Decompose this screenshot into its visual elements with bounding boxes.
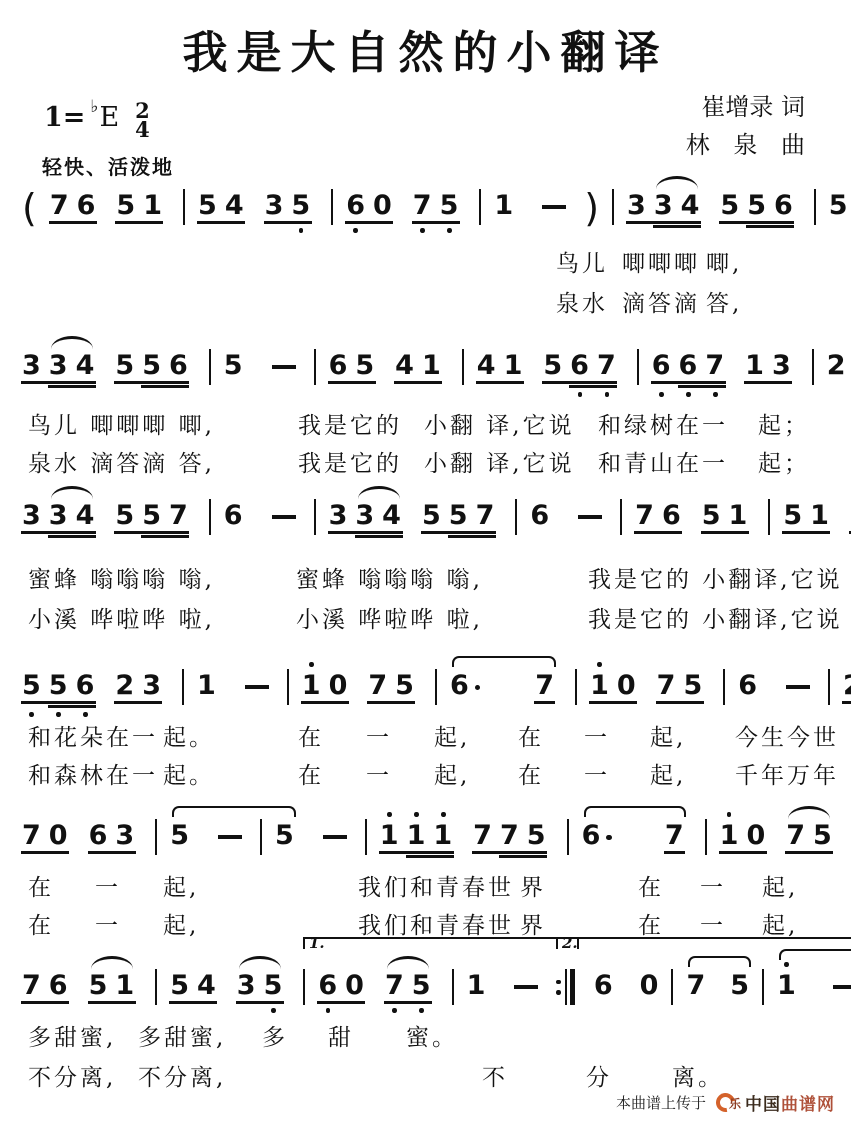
barline — [479, 189, 481, 225]
note-group: 557 — [422, 499, 502, 533]
lyric-segment: 起, — [434, 757, 470, 790]
beam — [384, 1001, 432, 1004]
barline — [575, 669, 577, 705]
flat-symbol: ♭ — [90, 99, 98, 116]
lyric-segment: 和森林在一 — [28, 757, 158, 790]
note-digit: 7 — [657, 669, 676, 703]
key-letter: E — [99, 100, 119, 136]
note-digit: 5 — [142, 349, 161, 383]
low-octave-dot — [605, 392, 610, 397]
notation-row: 76515435607516075111.2. — [22, 933, 836, 1005]
note-group: 51 — [89, 969, 143, 1003]
note-digit: 7 — [50, 189, 69, 223]
note-group: 65 — [329, 349, 383, 383]
beam — [394, 381, 442, 384]
music-line-3: 33455763345576765151356蜜蜂 嗡嗡嗡 嗡,蜜蜂 嗡嗡嗡 嗡… — [22, 483, 836, 535]
beam — [569, 385, 617, 388]
note-digit: 1 — [380, 819, 399, 853]
lyric-segment: 在 — [518, 757, 544, 790]
lyric-row: 和花朵在一起。在一起,在一起,今生今世 — [22, 719, 836, 751]
note-digit: 3 — [627, 189, 646, 223]
lyric-row: 蜜蜂 嗡嗡嗡 嗡,蜜蜂 嗡嗡嗡 嗡,我是它的 小翻译,它说 — [22, 561, 836, 593]
beam — [48, 705, 96, 708]
dash-note — [514, 985, 538, 989]
low-octave-dot — [56, 712, 61, 717]
beam — [21, 1001, 69, 1004]
lyric-row: 鸟儿唧唧唧唧, — [22, 245, 836, 277]
lyric-row: 不分离,不分离,不分离。 — [22, 1059, 836, 1091]
note-group: 13 — [745, 349, 799, 383]
beam — [301, 701, 349, 704]
note-group: 1 — [494, 189, 513, 223]
barline — [637, 349, 639, 385]
low-octave-dot — [420, 228, 425, 233]
notation-row: 3345565654141567667132 — [22, 333, 836, 385]
dash-note — [578, 515, 602, 519]
lyric-segment: 起。 — [163, 757, 215, 790]
volta-bracket: 2. — [556, 937, 851, 949]
note-digit: 1 — [590, 669, 609, 703]
note-digit: 1 — [729, 499, 748, 533]
barline — [515, 499, 517, 535]
note-digit: 4 — [76, 349, 95, 383]
note-digit: 7 — [476, 499, 495, 533]
site-logo-icon: 乐 — [716, 1092, 741, 1113]
note-digit: 5 — [813, 819, 832, 853]
barline — [671, 969, 673, 1005]
notation-row: 7063551117756710756 — [22, 803, 836, 855]
note-digit: 6 — [346, 189, 365, 223]
note-digit: 3 — [142, 669, 161, 703]
lyric-segment: 小溪 哗啦哗 啦, — [28, 601, 215, 634]
low-octave-dot — [29, 712, 34, 717]
note-group: 5 — [275, 819, 294, 853]
note-digit: 5 — [783, 499, 802, 533]
note-digit: 1 — [467, 969, 486, 1003]
note-digit: 7 — [705, 349, 724, 383]
note-group: 557 — [115, 499, 195, 533]
note-digit: 6 — [224, 499, 243, 533]
note-digit: 5 — [198, 189, 217, 223]
note-digit: 1 — [197, 669, 216, 703]
barline — [303, 969, 305, 1005]
high-octave-dot — [309, 662, 314, 667]
lyric-segment: 鸟儿 唧唧唧 唧, — [28, 407, 215, 440]
note-digit: 5 — [543, 349, 562, 383]
high-octave-dot — [784, 962, 789, 967]
note-digit: 0 — [345, 969, 364, 1003]
beam — [355, 535, 403, 538]
note-digit: 6 — [89, 819, 108, 853]
beam — [169, 1001, 217, 1004]
tie-bracket — [688, 956, 751, 967]
note-digit: 6 — [49, 969, 68, 1003]
high-octave-dot — [597, 662, 602, 667]
slur-arc — [788, 806, 830, 819]
barline — [365, 819, 367, 855]
tempo-marking: 轻快、活泼地 — [42, 151, 174, 180]
note-group: 556 — [22, 669, 102, 703]
note-digit: 5 — [22, 669, 41, 703]
note-group: 10 — [590, 669, 644, 703]
note-group: 60 — [346, 189, 400, 223]
barline — [762, 969, 764, 1005]
low-octave-dot — [713, 392, 718, 397]
parenthesis: ) — [584, 189, 599, 227]
beam — [589, 701, 637, 704]
note-digit: 3 — [22, 499, 41, 533]
beam — [746, 225, 794, 228]
key-signature: 1= ♭ E 2 4 — [44, 100, 150, 139]
note-group: 6 — [224, 499, 243, 533]
note-group: 5 — [170, 819, 189, 853]
high-octave-dot — [727, 812, 732, 817]
lyric-segment: 在 — [298, 719, 324, 752]
note-digit: 3 — [265, 189, 284, 223]
note-digit: 7 — [169, 499, 188, 533]
barline — [612, 189, 614, 225]
note-digit: 6 — [738, 669, 757, 703]
lyric-segment: 离。 — [672, 1059, 724, 1092]
lyric-segment: 蜜蜂 嗡嗡嗡 嗡, — [28, 561, 215, 594]
note-digit: 6 — [318, 969, 337, 1003]
beam — [21, 701, 96, 704]
lyric-segment: 起, — [650, 719, 686, 752]
note-group: 0 — [640, 969, 659, 1003]
low-octave-dot — [447, 228, 452, 233]
augmentation-dot — [606, 835, 612, 841]
parenthesis: ( — [22, 189, 37, 227]
note-digit: 3 — [329, 499, 348, 533]
note-group: 5 — [829, 189, 848, 223]
note-digit: 5 — [449, 499, 468, 533]
note-group: 51 — [116, 189, 170, 223]
note-group: 1 — [197, 669, 216, 703]
site-name-secondary: 曲谱网 — [781, 1090, 835, 1115]
note-group: 35 — [265, 189, 319, 223]
barline — [182, 669, 184, 705]
note-digit: 2 — [843, 669, 851, 703]
dash-note — [833, 985, 851, 989]
tie-bracket — [452, 656, 556, 667]
note-group: 10 — [302, 669, 356, 703]
note-digit: 5 — [115, 499, 134, 533]
beam — [634, 531, 682, 534]
beam — [48, 535, 96, 538]
note-digit: 7 — [686, 969, 705, 1003]
beam — [785, 851, 833, 854]
lyric-row: 鸟儿 唧唧唧 唧,我是它的小翻 译,它说和绿树在一起； — [22, 407, 836, 439]
slur-arc — [51, 336, 93, 349]
slur-arc — [91, 956, 133, 969]
note-digit: 0 — [49, 819, 68, 853]
beam — [345, 221, 393, 224]
note-digit: 1 — [143, 189, 162, 223]
dash-note — [542, 205, 566, 209]
note-digit: 5 — [412, 969, 431, 1003]
key-prefix: 1= — [44, 100, 85, 136]
note-digit: 7 — [22, 969, 41, 1003]
beam — [782, 531, 830, 534]
note-digit: 7 — [413, 189, 432, 223]
note-group: 35 — [237, 969, 291, 1003]
note-group: 5 — [224, 349, 243, 383]
note-digit: 1 — [115, 969, 134, 1003]
low-octave-dot — [326, 1008, 331, 1013]
lyric-segment: 多甜蜜, — [28, 1019, 116, 1052]
low-octave-dot — [83, 712, 88, 717]
note-digit: 0 — [373, 189, 392, 223]
note-group: 22 — [843, 669, 851, 703]
dash-note — [272, 365, 296, 369]
note-digit: 7 — [635, 499, 654, 533]
barline — [620, 499, 622, 535]
note-digit: 7 — [665, 819, 684, 853]
beam — [115, 221, 163, 224]
dash-note — [272, 515, 296, 519]
note-digit: 0 — [329, 669, 348, 703]
tie-bracket — [779, 949, 851, 960]
lyric-segment: 起, — [650, 757, 686, 790]
composer-credit: 林 泉 曲 — [686, 126, 805, 164]
note-group: 51 — [783, 499, 837, 533]
note-group: 76 — [635, 499, 689, 533]
lyric-segment: 小翻 译,它说 — [424, 407, 575, 440]
barline — [155, 819, 157, 855]
note-group: 667 — [652, 349, 732, 383]
note-digit: 6 — [450, 669, 480, 703]
note-group: 54 — [198, 189, 252, 223]
note-digit: 1 — [302, 669, 321, 703]
low-octave-dot — [392, 1008, 397, 1013]
beam — [49, 221, 97, 224]
site-name-primary: 中国 — [745, 1090, 781, 1115]
note-digit: 3 — [654, 189, 673, 223]
note-group: 23 — [115, 669, 169, 703]
note-digit: 4 — [225, 189, 244, 223]
credits: 崔增录 词 林 泉 曲 — [686, 88, 805, 164]
volta-label: 2. — [562, 936, 578, 951]
beam — [21, 851, 69, 854]
beam — [626, 221, 701, 224]
lyric-segment: 千年万年 — [735, 757, 839, 790]
beam — [21, 531, 96, 534]
note-digit: 4 — [197, 969, 216, 1003]
note-digit: 1 — [777, 969, 796, 1003]
note-digit: 5 — [730, 969, 749, 1003]
note-group: 75 — [368, 669, 422, 703]
note-digit: 5 — [355, 349, 374, 383]
note-group: 5 — [730, 969, 749, 1003]
low-octave-dot — [299, 228, 304, 233]
lyric-segment: 一 — [366, 757, 392, 790]
note-group: 70 — [22, 819, 76, 853]
note-digit: 2 — [115, 669, 134, 703]
note-group: 6 — [582, 819, 612, 853]
note-group: 556 — [115, 349, 195, 383]
volta-bracket: 1. — [303, 937, 579, 949]
beam — [114, 531, 189, 534]
note-digit: 1 — [407, 819, 426, 853]
lyric-segment: 一 — [95, 869, 121, 902]
beam — [141, 385, 189, 388]
note-group: 6 — [530, 499, 549, 533]
lyric-segment: 在 — [28, 869, 54, 902]
dash-note — [218, 835, 242, 839]
barline — [814, 189, 816, 225]
note-group: 334 — [22, 499, 102, 533]
lyric-segment: 和绿树在一 — [598, 407, 728, 440]
note-digit: 5 — [142, 499, 161, 533]
note-digit: 1 — [504, 349, 523, 383]
beam — [88, 851, 136, 854]
lyric-segment: 起； — [758, 445, 810, 478]
barline — [768, 499, 770, 535]
lyric-segment: 答, — [706, 285, 742, 318]
note-digit: 5 — [89, 969, 108, 1003]
slur-arc — [239, 956, 281, 969]
note-digit: 7 — [597, 349, 616, 383]
note-digit: 5 — [224, 349, 243, 383]
note-digit: 5 — [440, 189, 459, 223]
note-digit: 1 — [720, 819, 739, 853]
dash-note — [786, 685, 810, 689]
lyric-segment: 唧唧唧 — [622, 245, 700, 278]
lyric-segment: 今生今世 — [735, 719, 839, 752]
note-digit: 1 — [494, 189, 513, 223]
lyric-segment: 我是它的 — [298, 407, 402, 440]
note-digit: 5 — [49, 669, 68, 703]
beam — [367, 701, 415, 704]
note-digit: 5 — [720, 189, 739, 223]
lyric-row: 泉水 滴答滴 答,我是它的小翻 译,它说和青山在一起； — [22, 445, 836, 477]
note-group: 334 — [22, 349, 102, 383]
tie-bracket — [584, 806, 686, 817]
lyric-row: 多甜蜜,多甜蜜,多甜蜜。 — [22, 1019, 836, 1051]
beam — [448, 535, 496, 538]
note-group: 76 — [50, 189, 104, 223]
beam — [328, 531, 403, 534]
lyric-segment: 唧, — [706, 245, 742, 278]
lyric-segment: 分 — [586, 1059, 612, 1092]
note-digit: 3 — [49, 349, 68, 383]
tie-bracket — [172, 806, 296, 817]
lyric-row: 和森林在一起。在一起,在一起,千年万年 — [22, 757, 836, 789]
notation-row: 33455763345576765151356 — [22, 483, 836, 535]
augmentation-dot — [475, 685, 481, 691]
note-digit: 5 — [747, 189, 766, 223]
time-signature: 2 4 — [135, 100, 150, 139]
dash-note — [323, 835, 347, 839]
beam — [651, 381, 726, 384]
note-group: 567 — [543, 349, 623, 383]
note-group: 41 — [477, 349, 531, 383]
lyric-segment: 甜 — [328, 1019, 354, 1052]
lyric-segment: 蜜蜂 嗡嗡嗡 嗡, — [296, 561, 483, 594]
beam — [406, 855, 454, 858]
note-group: 1 — [777, 969, 804, 1003]
lyric-segment: 小翻 译,它说 — [424, 445, 575, 478]
lyric-segment: 泉水 — [556, 285, 608, 318]
footer: 本曲谱上传于 乐 中国 曲谱网 — [616, 1090, 835, 1115]
lyric-segment: 起, — [762, 869, 798, 902]
music-line-1: (7651543560751)3345565鸟儿唧唧唧唧,泉水滴答滴答, — [22, 183, 836, 227]
beam — [542, 381, 617, 384]
note-digit: 5 — [527, 819, 546, 853]
lyric-segment: 和青山在一 — [598, 445, 728, 478]
note-group: 6 — [738, 669, 757, 703]
note-digit: 6 — [570, 349, 589, 383]
barline — [452, 969, 454, 1005]
lyric-segment: 在 — [298, 757, 324, 790]
lyric-segment: 起。 — [163, 719, 215, 752]
beam — [656, 701, 704, 704]
note-digit: 0 — [640, 969, 659, 1003]
low-octave-dot — [353, 228, 358, 233]
note-group: 775 — [473, 819, 553, 853]
barline — [723, 669, 725, 705]
note-digit: 5 — [116, 189, 135, 223]
barline — [331, 189, 333, 225]
lyric-segment: 一 — [584, 757, 610, 790]
note-digit: 6 — [594, 969, 613, 1003]
music-line-2: 3345565654141567667132鸟儿 唧唧唧 唧,我是它的小翻 译,… — [22, 333, 836, 385]
note-group: 75 — [657, 669, 711, 703]
lyric-segment: 起, — [163, 869, 199, 902]
note-digit: 6 — [530, 499, 549, 533]
lyric-segment: 在 — [638, 869, 664, 902]
music-line-5: 7063551117756710756在一起,我们和青春世界在一起,在一起,我们… — [22, 803, 836, 855]
note-digit: 0 — [746, 819, 765, 853]
lyric-segment: 一 — [700, 869, 726, 902]
low-octave-dot — [686, 392, 691, 397]
beam — [719, 221, 794, 224]
beam — [472, 851, 547, 854]
note-digit: 5 — [829, 189, 848, 223]
note-group: 60 — [318, 969, 372, 1003]
barline — [183, 189, 185, 225]
slur-arc — [656, 176, 698, 189]
note-digit: 6 — [77, 189, 96, 223]
note-digit: 3 — [22, 349, 41, 383]
lyric-segment: 不分离, — [28, 1059, 116, 1092]
beam — [719, 851, 767, 854]
lyric-segment: 我是它的 — [298, 445, 402, 478]
note-digit: 5 — [395, 669, 414, 703]
note-digit: 0 — [617, 669, 636, 703]
note-group: 7 — [535, 669, 562, 703]
volta-label: 1. — [309, 936, 325, 951]
repeat-barline — [556, 969, 575, 1005]
note-group: 54 — [170, 969, 224, 1003]
note-digit: 4 — [681, 189, 700, 223]
note-group: 111 — [380, 819, 460, 853]
lyric-segment: 蜜。 — [406, 1019, 458, 1052]
note-digit: 5 — [275, 819, 294, 853]
note-group: 2 — [827, 349, 846, 383]
barline — [314, 349, 316, 385]
note-digit: 5 — [170, 819, 189, 853]
note-digit: 6 — [662, 499, 681, 533]
beam — [476, 381, 524, 384]
beam — [499, 855, 547, 858]
note-group: 75 — [413, 189, 467, 223]
note-digit: 1 — [810, 499, 829, 533]
barline — [435, 669, 437, 705]
lyric-segment: 小溪 哗啦哗 啦, — [296, 601, 483, 634]
lyric-segment: 我是它的 小翻译,它说 — [588, 561, 843, 594]
note-group: 7 — [686, 969, 705, 1003]
